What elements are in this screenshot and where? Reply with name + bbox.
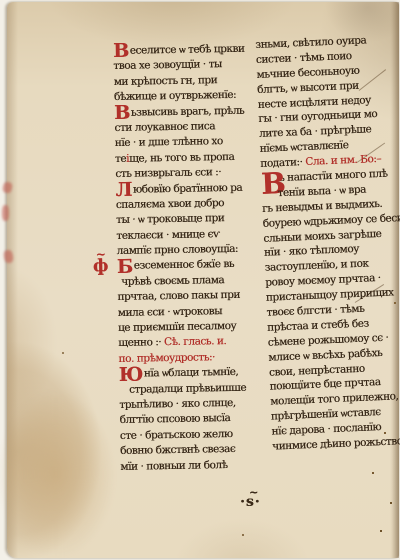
initial-letter: Л: [115, 183, 132, 198]
initial-letter: В: [113, 44, 129, 59]
body-text: щенно :·: [118, 337, 164, 350]
pigment-offset-stain: [2, 205, 9, 221]
initial-letter: Ю: [119, 367, 143, 382]
body-text: лампїє прно словоущїа:: [117, 243, 239, 257]
column-left-lines: Веселитсе ѡ тебѣ црквитвоа хе зовоущїи ·…: [113, 42, 258, 475]
pigment-offset-stain: [2, 181, 13, 194]
initial-letter: В: [114, 106, 130, 121]
column-right: зньми, свѣтило оуирасистеи · тѣмь поиомь…: [255, 32, 400, 455]
body-text: трьпѣливо · яко слнце,: [119, 397, 235, 411]
pigment-offset-stain: [3, 249, 14, 263]
signature-tilde: ~: [249, 486, 259, 499]
body-text: мила єси · ѡтроковы: [118, 305, 223, 319]
water-stain: [0, 390, 115, 558]
manuscript-photo: ~ф Веселитсе ѡ тебѣ црквитвоа хе зовоущї…: [0, 0, 400, 560]
body-text: мїи · повныи ли болѣ: [120, 459, 227, 473]
manuscript-leaf: ~ф Веселитсе ѡ тебѣ црквитвоа хе зовоущї…: [7, 2, 399, 558]
body-text: тенїи вьпа · ѡ вра: [277, 183, 366, 199]
body-text: сте · братьскою желю: [120, 428, 233, 442]
body-text: ьзвысивь врагь, прѣль: [131, 104, 245, 118]
body-text: це приємшїи песалмоу: [118, 320, 236, 334]
column-right-lines: зньми, свѣтило оуирасистеи · тѣмь поиомь…: [255, 32, 400, 455]
margin-ode-mark: ~ф: [93, 256, 109, 276]
body-text: бовню бжствнѣ свезає: [120, 443, 235, 457]
rubric-text: Сла. и нм. Бо:–: [305, 153, 381, 168]
body-text: ми крѣпость гн, при: [114, 74, 218, 88]
body-text: спаляєма хвои добро: [116, 197, 224, 211]
body-text: езсеменноє бжїе вь: [134, 258, 235, 272]
body-text: юбовїю братїнною ра: [133, 181, 242, 195]
margin-mark-tilde: ~: [96, 247, 106, 261]
body-text: нїе · и дше тлѣнно хо: [115, 135, 223, 149]
column-left: ~ф Веселитсе ѡ тебѣ црквитвоа хе зовоущї…: [113, 42, 258, 475]
ink-speckles: [372, 472, 374, 474]
body-text: еселитсе ѡ тебѣ цркви: [130, 43, 245, 57]
body-text: прчтаа, слово пакы при: [117, 289, 240, 303]
body-text: ты · ѡ троковыце при: [116, 212, 224, 226]
body-text: те: [115, 153, 126, 165]
rubric-text: Сѣ. глась. и.: [164, 335, 226, 348]
body-text: бѣжище и оутврьженїе:: [114, 89, 236, 103]
body-text: теклаєси · мнице єѵ: [116, 228, 219, 242]
text-line: мїи · повныи ли болѣ: [120, 457, 258, 475]
body-text: ще, нь того вь пропа: [129, 151, 234, 165]
body-text: сти лоукавноє писа: [114, 120, 215, 134]
body-text: страдалци прѣвьишше: [129, 381, 246, 395]
body-text: блгтїю спсовою высїа: [119, 412, 230, 426]
body-text: нїа ѡблаци тьмнїе,: [144, 366, 239, 380]
body-text: твоа хе зовоущїи · ты: [113, 58, 222, 72]
quire-signature: ~·ѕ·: [240, 494, 261, 510]
initial-letter: Б: [117, 260, 133, 275]
body-text: чрѣвѣ своємь плама: [121, 274, 224, 288]
body-text: нїємь ѡставлѥнїе: [259, 139, 348, 155]
